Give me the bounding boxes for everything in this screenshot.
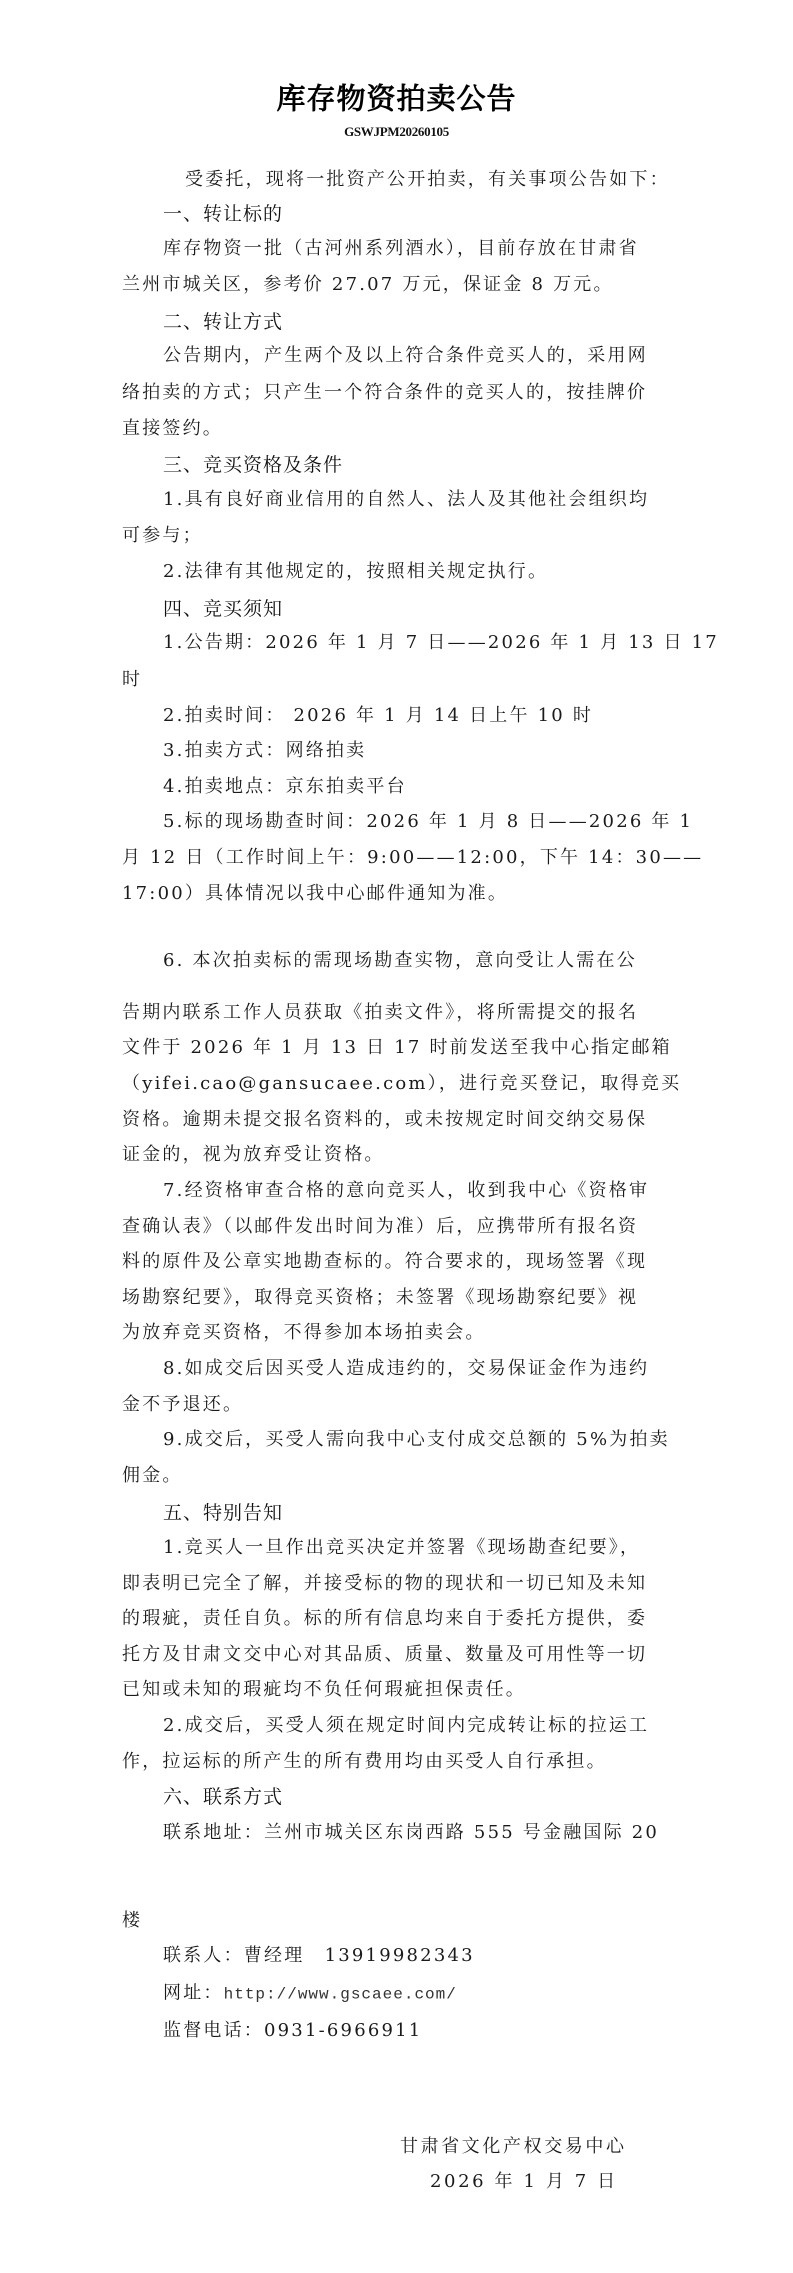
section-3-item-1: 1.具有良好商业信用的自然人、法人及其他社会组织均 <box>163 489 649 511</box>
section-4-item-4: 4.拍卖地点：京东拍卖平台 <box>163 776 407 798</box>
section-3-item-2: 2.法律有其他规定的，按照相关规定执行。 <box>163 561 548 583</box>
section-heading-1: 一、转让标的 <box>163 203 283 225</box>
section-5-item-1: 的瑕疵，责任自负。标的所有信息均来自于委托方提供，委 <box>122 1608 647 1630</box>
section-heading-6: 六、联系方式 <box>163 1786 283 1808</box>
signature-org: 甘肃省文化产权交易中心 <box>400 2132 627 2158</box>
intro-paragraph: 受委托，现将一批资产公开拍卖，有关事项公告如下： <box>185 169 670 191</box>
section-5-item-1: 已知或未知的瑕疵均不负任何瑕疵担保责任。 <box>122 1679 526 1701</box>
section-4-item-8: 金不予退还。 <box>122 1394 243 1416</box>
section-4-item-6: 6. 本次拍卖标的需现场勘查实物，意向受让人需在公 <box>163 950 637 972</box>
section-4-item-5: 月 12 日（工作时间上午：9:00——12:00，下午 14：30—— <box>122 847 703 869</box>
section-4-item-1: 1.公告期：2026 年 1 月 7 日——2026 年 1 月 13 日 17 <box>163 632 719 654</box>
section-4-item-6: 证金的，视为放弃受让资格。 <box>122 1144 385 1166</box>
section-5-item-1: 托方及甘肃文交中心对其品质、质量、数量及可用性等一切 <box>122 1644 647 1666</box>
contact-person: 联系人：曹经理 13919982343 <box>163 1945 475 1967</box>
section-4-item-7: 为放弃竞买资格，不得参加本场拍卖会。 <box>122 1322 486 1344</box>
section-2-line: 直接签约。 <box>122 418 223 440</box>
supervision-phone: 监督电话：0931-6966911 <box>163 2020 422 2042</box>
contact-website-row: 网址：http://www.gscaee.com/ <box>163 1983 457 2006</box>
section-heading-4: 四、竞买须知 <box>163 598 283 620</box>
section-4-item-7: 料的原件及公章实地勘查标的。符合要求的，现场签署《现 <box>122 1251 647 1273</box>
section-heading-2: 二、转让方式 <box>163 311 283 333</box>
document-title: 库存物资拍卖公告 <box>0 77 793 118</box>
section-2-line: 络拍卖的方式；只产生一个符合条件的竞买人的，按挂牌价 <box>122 382 647 404</box>
section-4-item-9: 9.成交后，买受人需向我中心支付成交总额的 5%为拍卖 <box>163 1429 670 1451</box>
section-4-item-7: 场勘察纪要》，取得竞买资格；未签署《现场勘察纪要》视 <box>122 1287 638 1309</box>
document-code: GSWJPM20260105 <box>0 124 793 140</box>
section-4-item-9: 佣金。 <box>122 1465 183 1487</box>
section-4-item-6: 文件于 2026 年 1 月 13 日 17 时前发送至我中心指定邮箱 <box>122 1037 672 1059</box>
section-4-item-6: 告期内联系工作人员获取《拍卖文件》，将所需提交的报名 <box>122 1002 638 1024</box>
section-4-item-7: 查确认表》（以邮件发出时间为准）后，应携带所有报名资 <box>122 1216 638 1238</box>
section-4-item-5: 5.标的现场勘查时间：2026 年 1 月 8 日——2026 年 1 <box>163 811 693 833</box>
section-4-item-1: 时 <box>122 669 142 691</box>
section-1-line: 库存物资一批（古河州系列酒水），目前存放在甘肃省 <box>163 238 639 260</box>
section-5-item-2: 2.成交后，买受人须在规定时间内完成转让标的拉运工 <box>163 1715 649 1737</box>
section-4-item-3: 3.拍卖方式：网络拍卖 <box>163 740 366 762</box>
section-5-item-1: 即表明已完全了解，并接受标的物的现状和一切已知及未知 <box>122 1573 647 1595</box>
website-label: 网址： <box>163 1983 224 2004</box>
signature-date: 2026 年 1 月 7 日 <box>430 2167 618 2193</box>
section-3-item-1: 可参与； <box>122 525 203 547</box>
section-4-item-7: 7.经资格审查合格的意向竞买人，收到我中心《资格审 <box>163 1180 649 1202</box>
contact-address: 联系地址：兰州市城关区东岗西路 555 号金融国际 20 <box>163 1822 659 1844</box>
section-4-item-8: 8.如成交后因买受人造成违约的，交易保证金作为违约 <box>163 1358 649 1380</box>
section-4-item-6: 资格。逾期未提交报名资料的，或未按规定时间交纳交易保 <box>122 1109 647 1131</box>
section-heading-3: 三、竞买资格及条件 <box>163 454 343 476</box>
section-4-item-2: 2.拍卖时间： 2026 年 1 月 14 日上午 10 时 <box>163 705 593 727</box>
section-5-item-1: 1.竞买人一旦作出竞买决定并签署《现场勘查纪要》， <box>163 1537 640 1559</box>
section-2-line: 公告期内，产生两个及以上符合条件竞买人的，采用网 <box>163 345 648 367</box>
section-1-line: 兰州市城关区，参考价 27.07 万元，保证金 8 万元。 <box>122 274 614 296</box>
website-link[interactable]: http://www.gscaee.com/ <box>224 1986 457 2004</box>
section-5-item-2: 作，拉运标的所产生的所有费用均由买受人自行承担。 <box>122 1751 607 1773</box>
section-4-item-6: （yifei.cao@gansucaee.com），进行竞买登记，取得竞买 <box>122 1073 681 1095</box>
section-4-item-5: 17:00）具体情况以我中心邮件通知为准。 <box>122 883 508 905</box>
contact-address: 楼 <box>122 1910 142 1932</box>
section-heading-5: 五、特别告知 <box>163 1502 283 1524</box>
